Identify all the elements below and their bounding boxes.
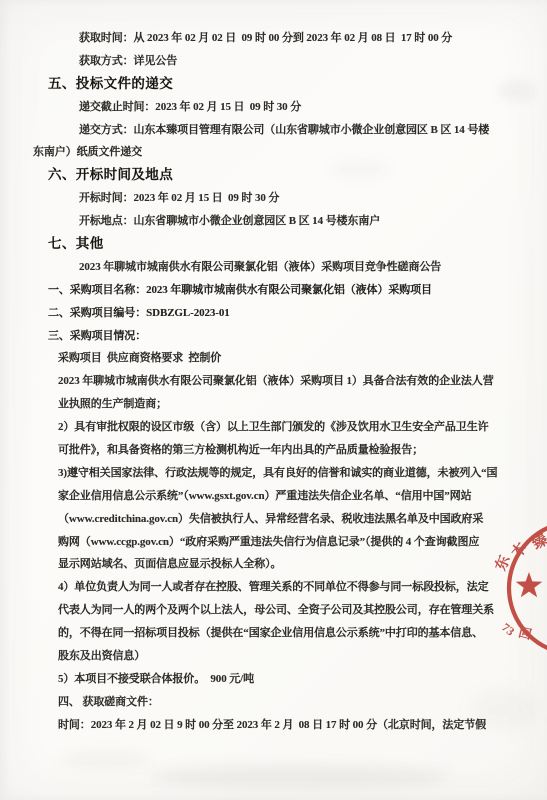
text-line: 时间：2023 年 2 月 02 日 9 时 00 分至 2023 年 2 月 … [0, 714, 547, 737]
section-heading: 六、开标时间及地点 [0, 164, 547, 187]
text-line: （www.creditchina.gov.cn）失信被执行人、异常经营名录、税收… [0, 508, 547, 531]
text-line: 获取方式：详见公告 [0, 50, 547, 73]
text-line: 可批件》，和具备资格的第三方检测机构近一年内出具的产品质量检验报告； [0, 439, 547, 462]
text-line: 递交截止时间：2023 年 02 月 15 日 09 时 30 分 [0, 96, 547, 119]
text-line: 2023 年聊城市城南供水有限公司聚氯化铝（液体）采购项目 1）具备合法有效的企… [0, 370, 547, 393]
text-line: 显示网站域名、页面信息应显示投标人全称）。 [0, 553, 547, 576]
text-line: 获取时间：从 2023 年 02 月 02 日 09 时 00 分到 2023 … [0, 27, 547, 50]
text-line: 4）单位负责人为同一人或者存在控股、管理关系的不同单位不得参与同一标段投标，法定 [0, 576, 547, 599]
seal-bottom-char: 73 [499, 620, 517, 638]
text-line: 开标地点：山东省聊城市小微企业创意园区 B 区 14 号楼东南户 [0, 210, 547, 233]
text-line: 东南户）纸质文件递交 [0, 141, 547, 164]
text-line: 开标时间：2023 年 02 月 15 日 09 时 30 分 [0, 187, 547, 210]
text-line: 代表人为同一人的两个及两个以上法人，母公司、全资子公司及其控股公司，存在管理关系 [0, 599, 547, 622]
text-line: 5）本项目不接受联合体报价。 900 元/吨 [0, 668, 547, 691]
section-heading: 五、投标文件的递交 [0, 73, 547, 96]
document-body: 获取时间：从 2023 年 02 月 02 日 09 时 00 分到 2023 … [0, 27, 547, 737]
text-line: 2023 年聊城市城南供水有限公司聚氯化铝（液体）采购项目竞争性磋商公告 [0, 256, 547, 279]
text-line: 一、采购项目名称：2023 年聊城市城南供水有限公司聚氯化铝（液体）采购项目 [0, 279, 547, 302]
text-line: 二、采购项目编号：SDBZGL-2023-01 [0, 302, 547, 325]
text-line: 递交方式：山东本臻项目管理有限公司（山东省聊城市小微企业创意园区 B 区 14 … [0, 119, 547, 142]
seal-star-icon [516, 572, 543, 597]
section-heading: 七、其他 [0, 233, 547, 256]
text-line: 采购项目 供应商资格要求 控制价 [0, 347, 547, 370]
text-line: 股东及出资信息） [0, 645, 547, 668]
text-line: 业执照的生产制造商； [0, 393, 547, 416]
scan-smudge [150, 765, 450, 789]
scan-smudge [60, 752, 150, 768]
text-line: 2）具有审批权限的设区市级（含）以上卫生部门颁发的《涉及饮用水卫生安全产品卫生许 [0, 416, 547, 439]
text-line: 四、 获取磋商文件： [0, 691, 547, 714]
text-line: 家企业信用信息公示系统”（www.gsxt.gov.cn）严重违法失信企业名单、… [0, 485, 547, 508]
scanned-document-page: 获取时间：从 2023 年 02 月 02 日 09 时 00 分到 2023 … [0, 0, 547, 800]
text-line: 购网（www.ccgp.gov.cn）“政府采购严重违法失信行为信息记录”（提供… [0, 531, 547, 554]
text-line: 3)遵守相关国家法律、行政法规等的规定，具有良好的信誉和诚实的商业道德，未被列入… [0, 462, 547, 485]
text-line: 的，不得在同一招标项目投标（提供在“国家企业信用信息公示系统”中打印的基本信息、 [0, 622, 547, 645]
official-seal-stamp: 东 本 臻 73 回 [487, 508, 547, 668]
text-line: 三、采购项目情况： [0, 325, 547, 348]
